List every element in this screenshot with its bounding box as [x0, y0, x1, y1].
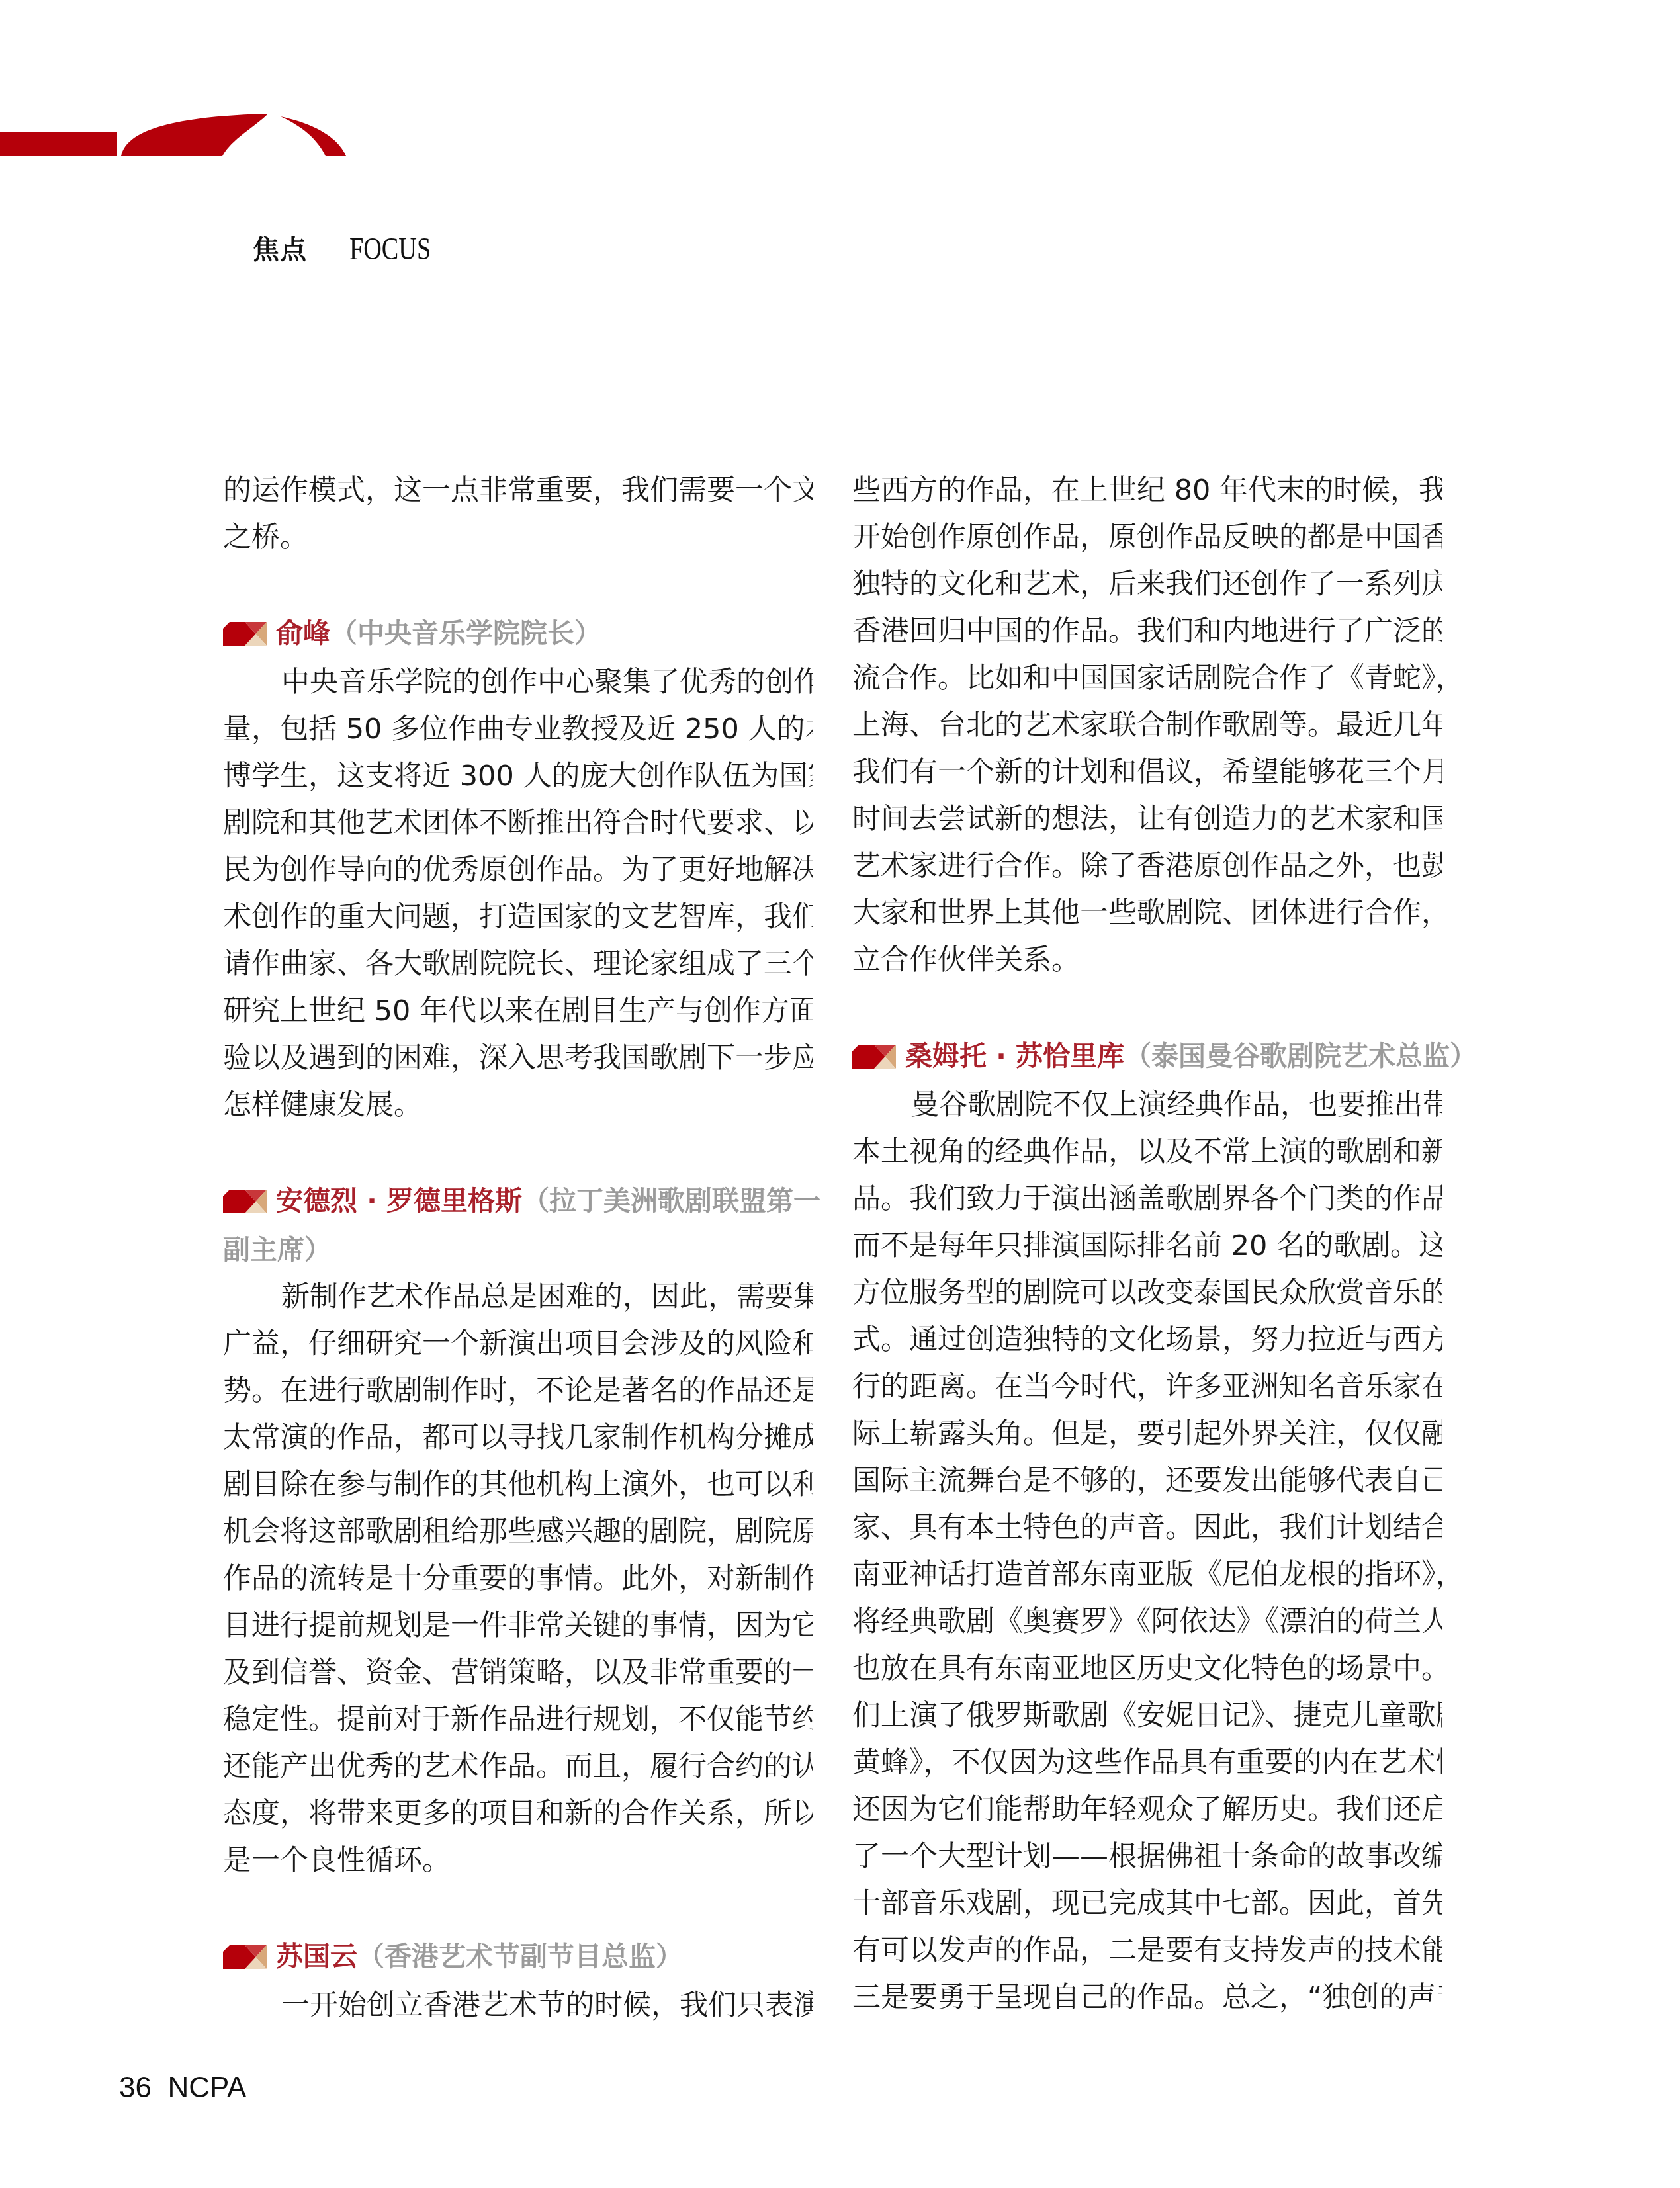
text-line: 怎样健康发展。: [223, 1082, 813, 1129]
paragraph: 曼谷歌剧院不仅上演经典作品，也要推出带有本土视角的经典作品，以及不常上演的歌剧和…: [852, 1082, 1442, 2021]
left-column: 的运作模式，这一点非常重要，我们需要一个文化之桥。俞峰（中央音乐学院院长）中央音…: [223, 467, 813, 2029]
text-line: 机会将这部歌剧租给那些感兴趣的剧院，剧院原创: [223, 1509, 813, 1555]
speaker-name: 安德烈 · 罗德里格斯: [276, 1176, 522, 1227]
text-line: 上海、台北的艺术家联合制作歌剧等。最近几年，: [852, 702, 1442, 749]
text-line: 香港回归中国的作品。我们和内地进行了广泛的交: [852, 608, 1442, 655]
text-line: 独特的文化和艺术，后来我们还创作了一系列庆祝: [852, 561, 1442, 608]
speaker-marker-icon: [852, 1045, 896, 1069]
text-line: 南亚神话打造首部东南亚版《尼伯龙根的指环》，并: [852, 1552, 1442, 1598]
speaker-marker-icon: [223, 622, 267, 646]
paragraph-spacer: [223, 1129, 813, 1176]
paragraph: 一开始创立香港艺术节的时候，我们只表演一: [223, 1982, 813, 2029]
text-line: 及到信誉、资金、营销策略，以及非常重要的一点——: [223, 1649, 813, 1696]
text-line: 势。在进行歌剧制作时，不论是著名的作品还是不: [223, 1368, 813, 1415]
text-line: 艺术家进行合作。除了香港原创作品之外，也鼓励: [852, 843, 1442, 890]
section-title-cn: 焦点: [253, 236, 307, 265]
text-line: 还能产出优秀的艺术作品。而且，履行合约的认真: [223, 1743, 813, 1790]
speaker-marker-icon: [223, 1190, 267, 1213]
text-line: 了一个大型计划——根据佛祖十条命的故事改编的: [852, 1833, 1442, 1880]
text-line: 国际主流舞台是不够的，还要发出能够代表自己国: [852, 1458, 1442, 1505]
speaker-name: 桑姆托 · 苏恰里库: [905, 1031, 1124, 1082]
speaker-name: 苏国云: [276, 1931, 357, 1982]
text-line: 剧院和其他艺术团体不断推出符合时代要求、以人: [223, 800, 813, 847]
speaker-marker-icon: [223, 1945, 267, 1969]
text-line: 三是要勇于呈现自己的作品。总之，“独创的声音”: [852, 1974, 1442, 2021]
right-column: 些西方的作品，在上世纪 80 年代末的时候，我们才开始创作原创作品，原创作品反映…: [852, 467, 1442, 2021]
speaker-heading: 苏国云（香港艺术节副节目总监）: [223, 1931, 813, 1982]
text-line: 民为创作导向的优秀原创作品。为了更好地解决艺: [223, 847, 813, 894]
text-line: 新制作艺术作品总是困难的，因此，需要集思: [223, 1274, 813, 1321]
text-line: 也放在具有东南亚地区历史文化特色的场景中。我: [852, 1645, 1442, 1692]
text-line: 家、具有本土特色的声音。因此，我们计划结合东: [852, 1505, 1442, 1552]
text-line: 时间去尝试新的想法，让有创造力的艺术家和国际: [852, 796, 1442, 843]
text-line: 太常演的作品，都可以寻找几家制作机构分摊成本。: [223, 1415, 813, 1462]
paragraph: 中央音乐学院的创作中心聚集了优秀的创作力量，包括 50 多位作曲专业教授及近 2…: [223, 659, 813, 1129]
text-line: 十部音乐戏剧，现已完成其中七部。因此，首先要: [852, 1880, 1442, 1927]
text-line: 稳定性。提前对于新作品进行规划，不仅能节约成本，: [223, 1696, 813, 1743]
text-line: 些西方的作品，在上世纪 80 年代末的时候，我们才: [852, 467, 1442, 514]
text-line: 曼谷歌剧院不仅上演经典作品，也要推出带有: [852, 1082, 1442, 1129]
text-line: 行的距离。在当今时代，许多亚洲知名音乐家在国: [852, 1364, 1442, 1411]
text-line: 们上演了俄罗斯歌剧《安妮日记》、捷克儿童歌剧《大: [852, 1692, 1442, 1739]
text-line: 流合作。比如和中国国家话剧院合作了《青蛇》，和: [852, 655, 1442, 702]
text-line: 还因为它们能帮助年轻观众了解历史。我们还启动: [852, 1786, 1442, 1833]
text-line: 一开始创立香港艺术节的时候，我们只表演一: [223, 1982, 813, 2029]
speaker-heading: 安德烈 · 罗德里格斯（拉丁美洲歌剧联盟第一: [223, 1176, 813, 1227]
text-line: 剧目除在参与制作的其他机构上演外，也可以利用: [223, 1462, 813, 1509]
speaker-name: 俞峰: [276, 608, 330, 659]
text-line: 作品的流转是十分重要的事情。此外，对新制作剧: [223, 1555, 813, 1602]
text-line: 我们有一个新的计划和倡议，希望能够花三个月的: [852, 749, 1442, 796]
speaker-role-continued: 副主席）: [223, 1227, 813, 1274]
speaker-role: （中央音乐学院院长）: [330, 608, 601, 659]
text-line: 研究上世纪 50 年代以来在剧目生产与创作方面的经: [223, 988, 813, 1035]
speaker-role: （香港艺术节副节目总监）: [357, 1931, 683, 1982]
speaker-heading: 俞峰（中央音乐学院院长）: [223, 608, 813, 659]
page-footer: 36 NCPA: [119, 2070, 246, 2107]
text-line: 中央音乐学院的创作中心聚集了优秀的创作力: [223, 659, 813, 706]
text-line: 开始创作原创作品，原创作品反映的都是中国香港: [852, 514, 1442, 561]
text-line: 际上崭露头角。但是，要引起外界关注，仅仅融入: [852, 1411, 1442, 1458]
paragraph: 些西方的作品，在上世纪 80 年代末的时候，我们才开始创作原创作品，原创作品反映…: [852, 467, 1442, 984]
text-line: 广益，仔细研究一个新演出项目会涉及的风险和优: [223, 1321, 813, 1368]
text-line: 之桥。: [223, 514, 813, 561]
paragraph-spacer: [852, 984, 1442, 1031]
text-line: 是一个良性循环。: [223, 1837, 813, 1884]
text-line: 方位服务型的剧院可以改变泰国民众欣赏音乐的方: [852, 1270, 1442, 1317]
text-line: 将经典歌剧《奥赛罗》《阿依达》《漂泊的荷兰人》: [852, 1598, 1442, 1645]
paragraph-spacer: [223, 1884, 813, 1931]
text-line: 而不是每年只排演国际排名前 20 名的歌剧。这样全: [852, 1223, 1442, 1270]
text-line: 请作曲家、各大歌剧院院长、理论家组成了三个团队，: [223, 941, 813, 988]
speaker-heading: 桑姆托 · 苏恰里库（泰国曼谷歌剧院艺术总监）: [852, 1031, 1442, 1082]
text-line: 黄蜂》，不仅因为这些作品具有重要的内在艺术性，: [852, 1739, 1442, 1786]
text-line: 有可以发声的作品，二是要有支持发声的技术能力，: [852, 1927, 1442, 1974]
text-line: 验以及遇到的困难，深入思考我国歌剧下一步应该: [223, 1035, 813, 1082]
text-line: 态度，将带来更多的项目和新的合作关系，所以这: [223, 1790, 813, 1837]
text-line: 本土视角的经典作品，以及不常上演的歌剧和新作: [852, 1129, 1442, 1176]
speaker-role: （拉丁美洲歌剧联盟第一: [522, 1176, 820, 1227]
text-line: 的运作模式，这一点非常重要，我们需要一个文化: [223, 467, 813, 514]
paragraph: 新制作艺术作品总是困难的，因此，需要集思广益，仔细研究一个新演出项目会涉及的风险…: [223, 1274, 813, 1884]
text-line: 量，包括 50 多位作曲专业教授及近 250 人的本、硕、: [223, 706, 813, 753]
text-line: 大家和世界上其他一些歌剧院、团体进行合作，建: [852, 890, 1442, 937]
page-number: 36: [119, 2072, 152, 2104]
text-line: 立合作伙伴关系。: [852, 937, 1442, 984]
section-header: 焦点 FOCUS: [0, 106, 503, 165]
text-line: 术创作的重大问题，打造国家的文艺智库，我们邀: [223, 894, 813, 941]
section-title-en: FOCUS: [349, 232, 431, 266]
text-line: 博学生，这支将近 300 人的庞大创作队伍为国家大: [223, 753, 813, 800]
text-line: 目进行提前规划是一件非常关键的事情，因为它涉: [223, 1602, 813, 1649]
publication-name: NCPA: [167, 2072, 246, 2104]
paragraph: 的运作模式，这一点非常重要，我们需要一个文化之桥。: [223, 467, 813, 561]
speaker-role: （泰国曼谷歌剧院艺术总监）: [1124, 1031, 1477, 1082]
paragraph-spacer: [223, 561, 813, 608]
text-line: 式。通过创造独特的文化场景，努力拉近与西方同: [852, 1317, 1442, 1364]
header-arc-decoration: [0, 106, 503, 165]
text-line: 品。我们致力于演出涵盖歌剧界各个门类的作品，: [852, 1176, 1442, 1223]
